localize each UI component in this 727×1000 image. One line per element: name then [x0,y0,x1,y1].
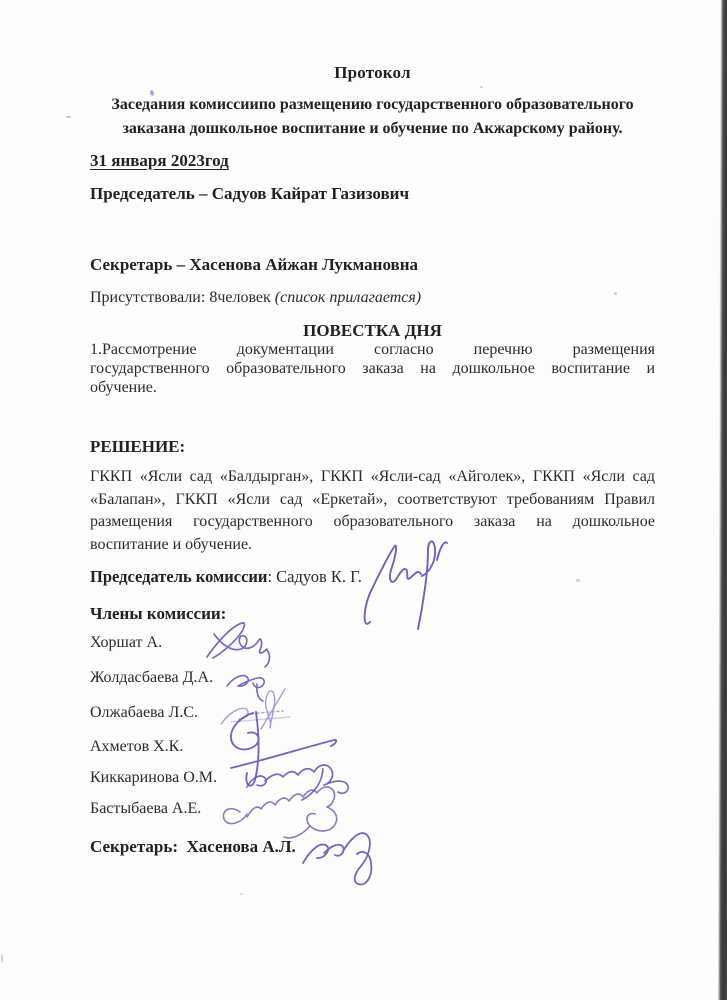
agenda-line-2: государственного образовательного заказа… [90,359,655,378]
scan-speck [614,292,617,295]
attendees-text: Присутствовали: 8человек [90,289,275,306]
attendees-line: Присутствовали: 8человек (список прилага… [90,289,655,307]
agenda-paragraph: 1.Рассмотрение документации согласно пер… [90,340,655,397]
member-row-olzhabaeva: Олжабаева Л.С. [90,704,655,722]
chairman-sign-label: Председатель комиссии [90,567,267,586]
scan-speck [240,893,243,895]
scan-edge-shadow [718,0,727,1000]
agenda-line-1: 1.Рассмотрение документации согласно пер… [90,340,655,359]
doc-subtitle: Заседания комиссиипо размещению государс… [90,93,655,141]
member-row-kikkarinova: Киккаринова О.М. [90,769,655,787]
date-text: 31 января 2023год [90,151,229,170]
agenda-heading: ПОВЕСТКА ДНЯ [90,321,655,341]
scan-speck [480,86,483,88]
attendees-note: (список прилагается) [275,289,421,306]
member-row-bastybaeva: Бастыбаева А.Е. [90,800,655,818]
date-line: 31 января 2023год [90,151,655,171]
decision-line-2: «Балапан», ГККП «Ясли сад «Еркетай», соо… [90,489,655,512]
scan-speck [1,954,3,963]
member-row-akhmetov: Ахметов Х.К. [90,738,655,756]
doc-title: Протокол [90,63,655,83]
chairman-line: Председатель – Садуов Кайрат Газизович [90,184,655,204]
doc-subtitle-line-1: Заседания комиссиипо размещению государс… [90,93,655,117]
decision-heading: РЕШЕНИЕ: [90,437,655,457]
secretary-line: Секретарь – Хасенова Айжан Лукмановна [90,255,655,275]
secretary-signature-line: Секретарь: Хасенова А.Л. [90,837,655,857]
decision-paragraph: ГККП «Ясли сад «Балдырган», ГККП «Ясли-с… [90,466,655,556]
decision-line-1: ГККП «Ясли сад «Балдырган», ГККП «Ясли-с… [90,466,655,489]
scan-speck [576,579,580,582]
scanned-protocol-page: Протокол Заседания комиссиипо размещению… [0,0,727,1000]
members-heading: Члены комиссии: [90,604,655,624]
chairman-sign-value: : Садуов К. Г. [267,567,362,586]
decision-line-3: размещения государственного образователь… [90,511,655,534]
chairman-signature-line: Председатель комиссии: Садуов К. Г. [90,567,655,587]
doc-subtitle-line-2: заказана дошкольное воспитание и обучени… [90,117,655,141]
member-row-khorshat: Хоршат А. [90,634,655,652]
agenda-line-3: обучение. [90,378,655,397]
scan-speck [66,116,71,118]
decision-line-4: воспитание и обучение. [90,534,655,557]
member-row-zholdasbaeva: Жолдасбаева Д.А. [90,669,655,687]
